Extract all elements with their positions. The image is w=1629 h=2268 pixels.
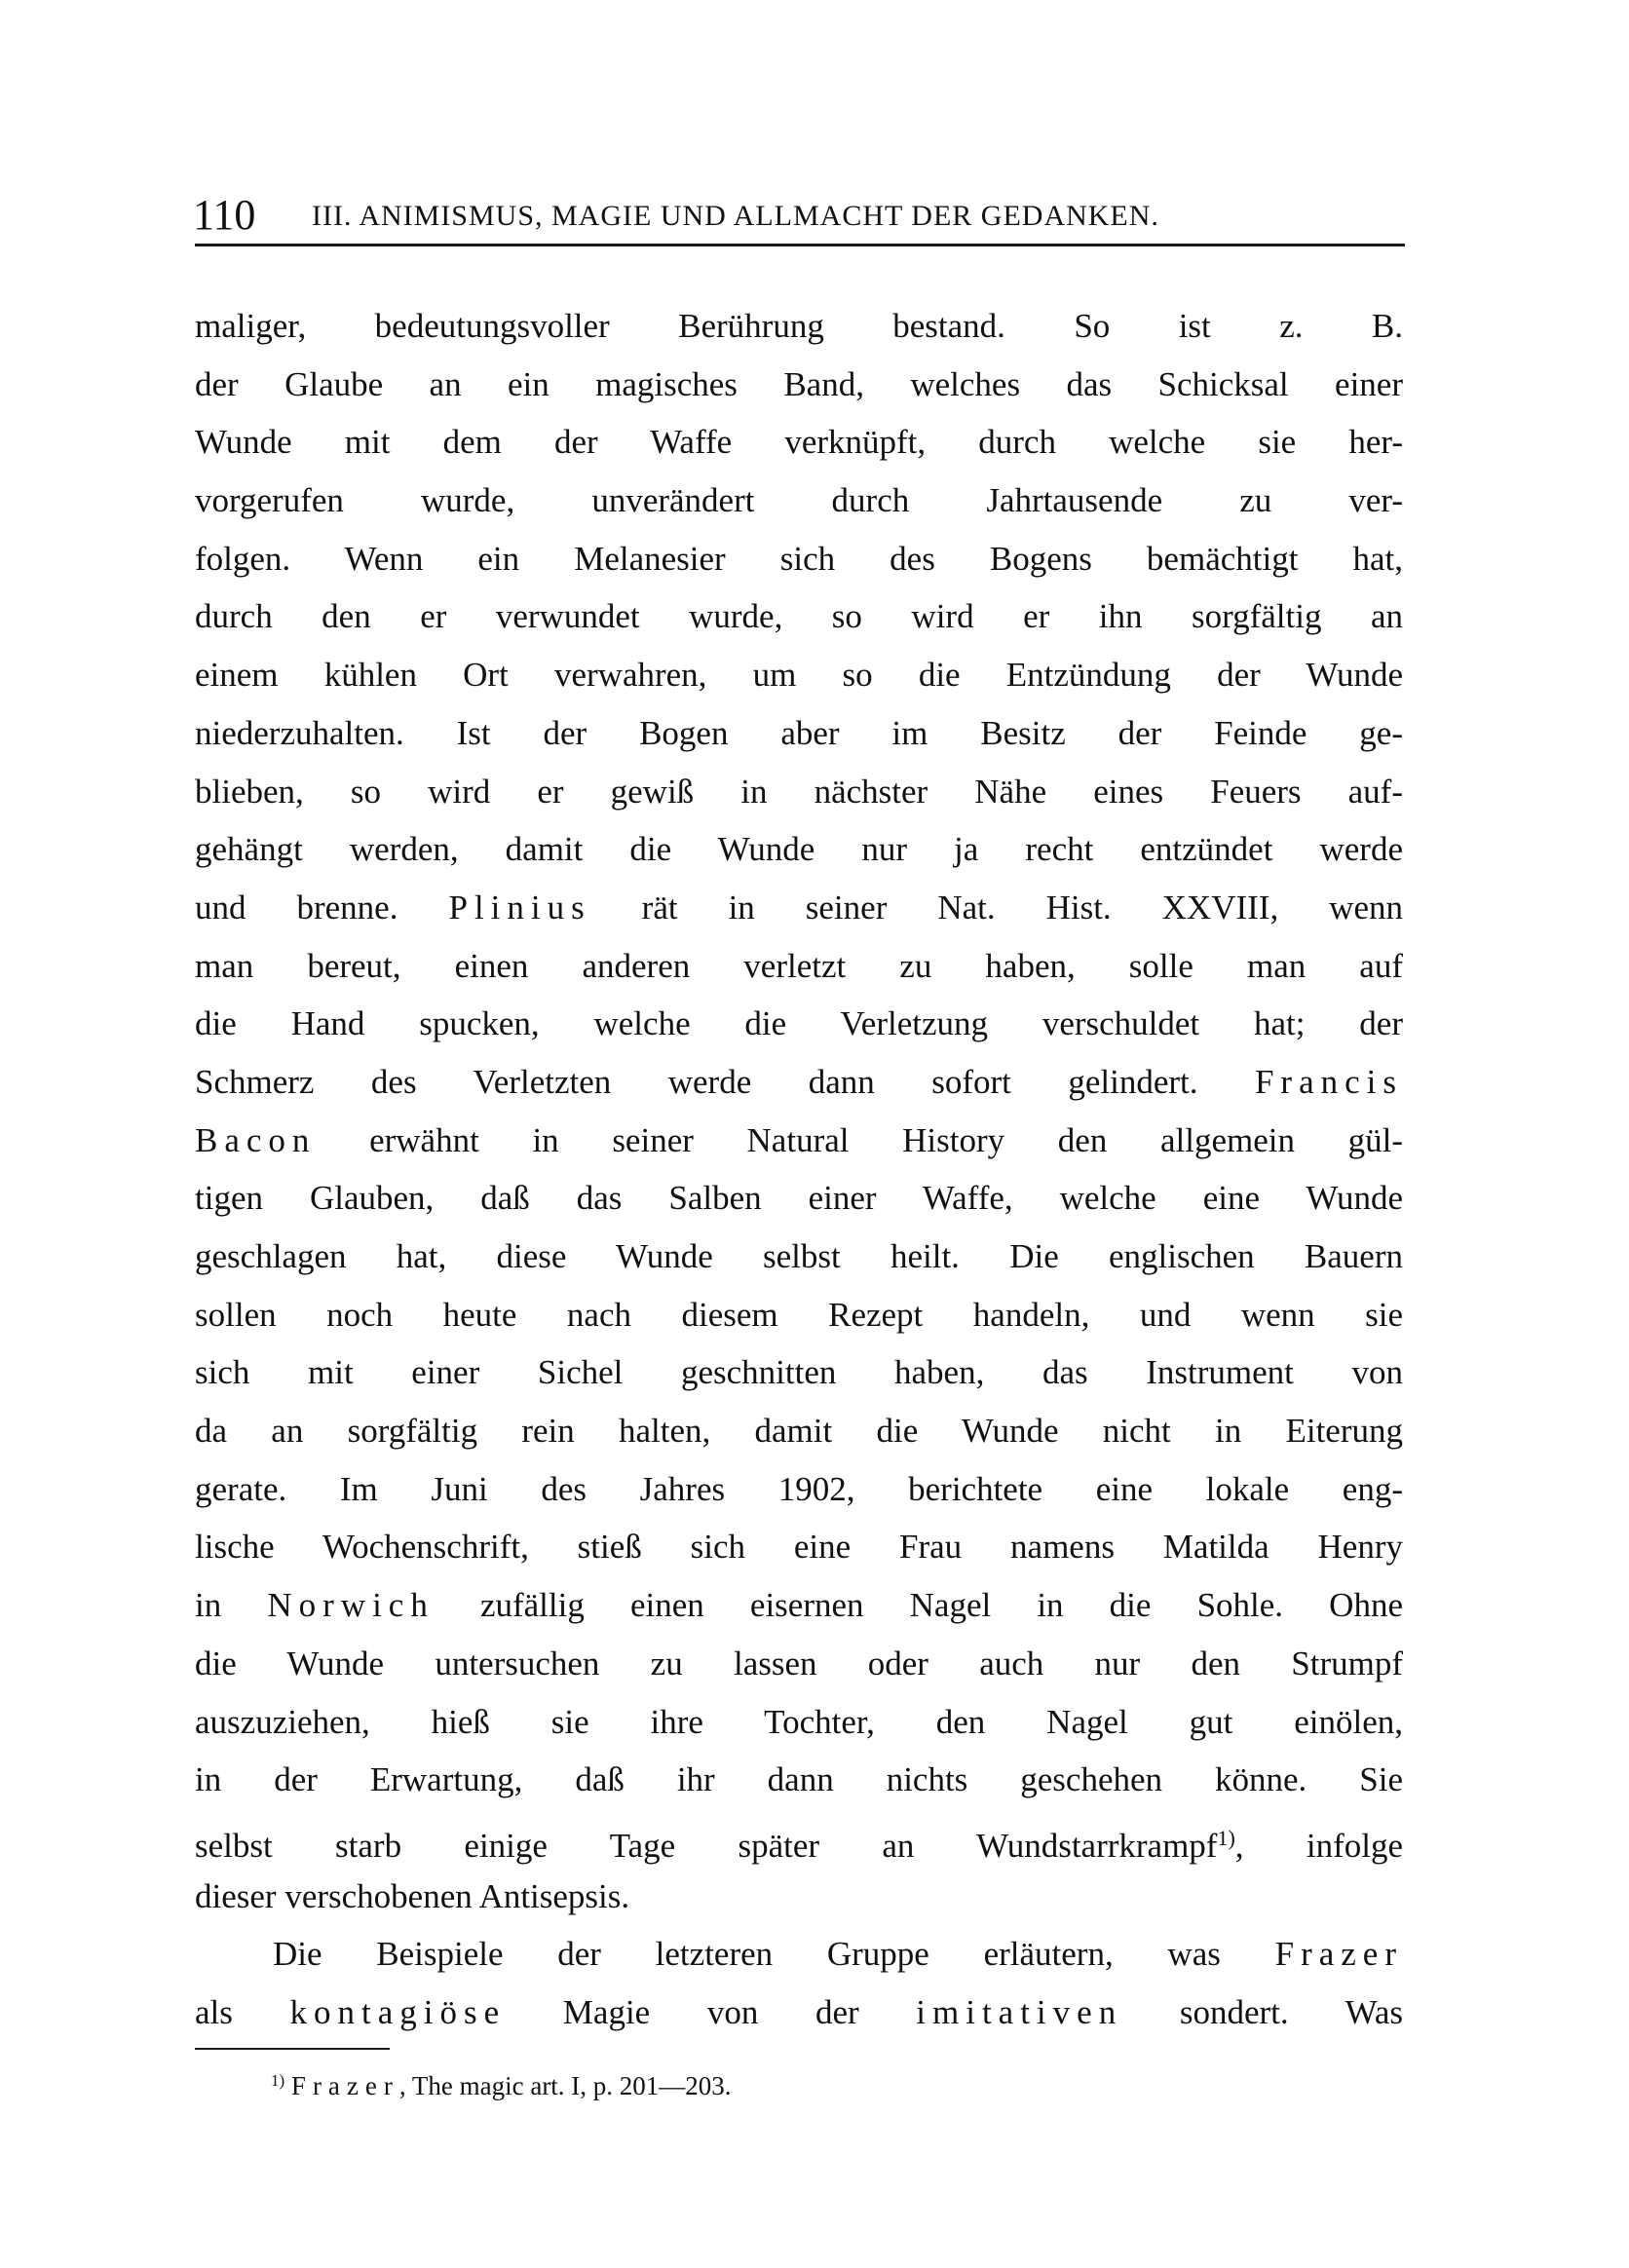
page-number: 110 <box>193 191 255 240</box>
text-line: auszuziehen, hieß sie ihre Tochter, den … <box>195 1693 1403 1752</box>
text-segment: man bereut, einen anderen verletzt zu ha… <box>195 947 1403 985</box>
text-segment: in <box>195 1586 267 1624</box>
emphasized-name: Bacon <box>195 1121 316 1159</box>
footnote-reference: 1) <box>1217 1826 1234 1850</box>
text-segment: in der Erwartung, daß ihr dann nichts ge… <box>195 1760 1403 1798</box>
book-page: 110 III. ANIMISMUS, MAGIE UND ALLMACHT D… <box>0 0 1629 2268</box>
text-segment: sich mit einer Sichel geschnitten haben,… <box>195 1353 1403 1391</box>
text-line: sollen noch heute nach diesem Rezept han… <box>195 1286 1403 1344</box>
text-segment: als <box>195 1993 290 2031</box>
text-line: Bacon erwähnt in seiner Natural History … <box>195 1112 1403 1170</box>
text-segment: niederzuhalten. Ist der Bogen aber im Be… <box>195 714 1403 752</box>
text-segment: und brenne. <box>195 888 448 926</box>
page-header: 110 III. ANIMISMUS, MAGIE UND ALLMACHT D… <box>193 191 1405 240</box>
text-segment: erwähnt in seiner Natural History den al… <box>316 1121 1403 1159</box>
emphasized-name: Frazer <box>1275 1935 1403 1973</box>
text-line: sich mit einer Sichel geschnitten haben,… <box>195 1343 1403 1402</box>
text-line: tigen Glauben, daß das Salben einer Waff… <box>195 1169 1403 1228</box>
text-line: niederzuhalten. Ist der Bogen aber im Be… <box>195 704 1403 763</box>
text-line: einem kühlen Ort verwahren, um so die En… <box>195 646 1403 704</box>
text-segment: Wunde mit dem der Waffe verknüpft, durch… <box>195 423 1403 461</box>
text-segment: die Wunde untersuchen zu lassen oder auc… <box>195 1644 1403 1682</box>
text-line: in Norwich zufällig einen eisernen Nagel… <box>195 1576 1403 1635</box>
text-segment: zufällig einen eisernen Nagel in die Soh… <box>435 1586 1403 1624</box>
text-segment: , infolge <box>1235 1827 1403 1865</box>
text-segment: auszuziehen, hieß sie ihre Tochter, den … <box>195 1703 1403 1741</box>
text-line: folgen. Wenn ein Melanesier sich des Bog… <box>195 530 1403 588</box>
text-segment: einem kühlen Ort verwahren, um so die En… <box>195 656 1403 694</box>
text-segment: geschlagen hat, diese Wunde selbst heilt… <box>195 1237 1403 1275</box>
text-line: durch den er verwundet wurde, so wird er… <box>195 587 1403 646</box>
text-segment: vorgerufen wurde, unverändert durch Jahr… <box>195 481 1403 519</box>
text-line: der Glaube an ein magisches Band, welche… <box>195 356 1403 414</box>
text-line: die Wunde untersuchen zu lassen oder auc… <box>195 1635 1403 1693</box>
text-segment: durch den er verwundet wurde, so wird er… <box>195 597 1403 635</box>
text-line: man bereut, einen anderen verletzt zu ha… <box>195 937 1403 996</box>
text-segment: lische Wochenschrift, stieß sich eine Fr… <box>195 1528 1403 1566</box>
footnote-text: , The magic art. I, p. 201—203. <box>399 2071 732 2100</box>
text-line: die Hand spucken, welche die Verletzung … <box>195 995 1403 1053</box>
text-segment: maliger, bedeutungsvoller Berührung best… <box>195 307 1403 345</box>
emphasized-name: kontagiöse <box>290 1993 507 2031</box>
text-segment: tigen Glauben, daß das Salben einer Waff… <box>195 1179 1403 1217</box>
text-segment: folgen. Wenn ein Melanesier sich des Bog… <box>195 540 1403 578</box>
text-segment: sondert. Was <box>1122 1993 1403 2031</box>
text-line: dieser verschobenen Antisepsis. <box>195 1868 1403 1926</box>
text-line: als kontagiöse Magie von der imitativen … <box>195 1984 1403 2042</box>
text-segment: selbst starb einige Tage später an Wunds… <box>195 1827 1217 1865</box>
text-line: Schmerz des Verletzten werde dann sofort… <box>195 1053 1403 1112</box>
text-line: gehängt werden, damit die Wunde nur ja r… <box>195 820 1403 879</box>
text-line: selbst starb einige Tage später an Wunds… <box>195 1809 1403 1868</box>
text-segment: gehängt werden, damit die Wunde nur ja r… <box>195 830 1403 868</box>
footnote: 1) Frazer, The magic art. I, p. 201—203. <box>271 2061 732 2105</box>
text-segment: da an sorgfältig rein halten, damit die … <box>195 1412 1403 1450</box>
text-segment: gerate. Im Juni des Jahres 1902, bericht… <box>195 1470 1403 1508</box>
text-segment: Magie von der <box>506 1993 916 2031</box>
text-line: da an sorgfältig rein halten, damit die … <box>195 1402 1403 1460</box>
emphasized-name: Norwich <box>267 1586 434 1624</box>
emphasized-name: Francis <box>1255 1063 1403 1101</box>
text-segment: sollen noch heute nach diesem Rezept han… <box>195 1296 1403 1334</box>
text-line: Wunde mit dem der Waffe verknüpft, durch… <box>195 413 1403 472</box>
footnote-author: Frazer <box>291 2071 399 2100</box>
emphasized-name: imitativen <box>916 1993 1122 2031</box>
footnote-marker: 1) <box>271 2071 284 2090</box>
text-line: lische Wochenschrift, stieß sich eine Fr… <box>195 1518 1403 1576</box>
text-line: blieben, so wird er gewiß in nächster Nä… <box>195 763 1403 821</box>
text-segment: blieben, so wird er gewiß in nächster Nä… <box>195 773 1403 811</box>
text-segment: der Glaube an ein magisches Band, welche… <box>195 365 1403 403</box>
text-segment: die Hand spucken, welche die Verletzung … <box>195 1004 1403 1042</box>
text-segment: dieser verschobenen Antisepsis. <box>195 1877 629 1915</box>
text-line: Die Beispiele der letzteren Gruppe erläu… <box>195 1925 1403 1984</box>
running-head: III. ANIMISMUS, MAGIE UND ALLMACHT DER G… <box>312 197 1159 236</box>
body-text: maliger, bedeutungsvoller Berührung best… <box>195 297 1403 2042</box>
text-line: vorgerufen wurde, unverändert durch Jahr… <box>195 472 1403 530</box>
footnote-rule <box>195 2048 390 2050</box>
emphasized-name: Plinius <box>448 888 590 926</box>
text-segment: Schmerz des Verletzten werde dann sofort… <box>195 1063 1255 1101</box>
text-segment: rät in seiner Nat. Hist. XXVIII, wenn <box>591 888 1403 926</box>
text-line: geschlagen hat, diese Wunde selbst heilt… <box>195 1228 1403 1286</box>
header-rule <box>195 244 1405 246</box>
text-line: gerate. Im Juni des Jahres 1902, bericht… <box>195 1460 1403 1519</box>
text-segment: Die Beispiele der letzteren Gruppe erläu… <box>273 1935 1275 1973</box>
text-line: und brenne. Plinius rät in seiner Nat. H… <box>195 879 1403 937</box>
text-line: maliger, bedeutungsvoller Berührung best… <box>195 297 1403 356</box>
text-line: in der Erwartung, daß ihr dann nichts ge… <box>195 1751 1403 1809</box>
